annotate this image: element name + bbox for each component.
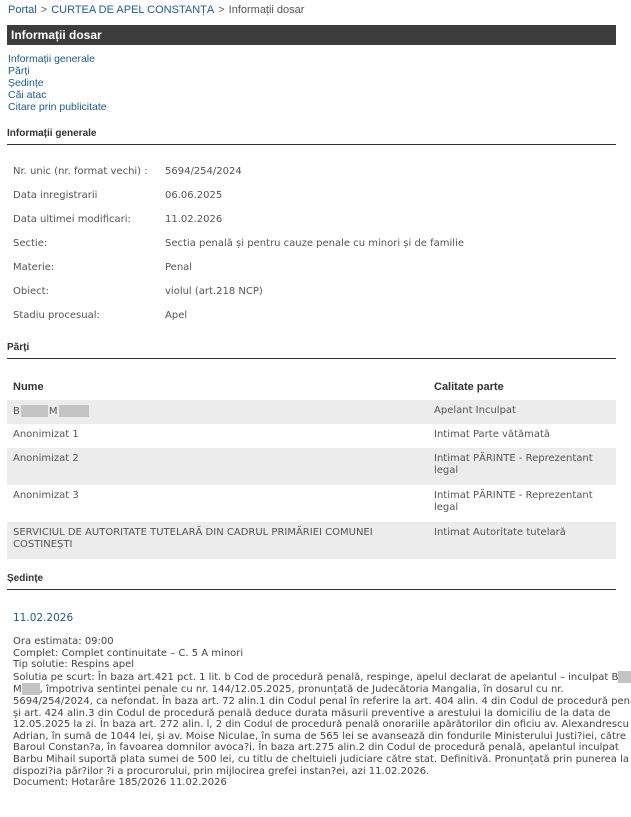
breadcrumb-current: Informații dosar bbox=[229, 4, 305, 16]
hearing-document: Document: Hotarâre 185/2026 11.02.2026 bbox=[13, 777, 613, 789]
info-row: Obiect:violul (art.218 NCP) bbox=[13, 286, 263, 297]
info-row: Materie:Penal bbox=[13, 262, 192, 273]
breadcrumb-separator: > bbox=[218, 4, 224, 16]
party-role: Apelant Inculpat bbox=[434, 405, 614, 417]
hearing-solution-summary: Solutia pe scurt: În baza art.421 pct. 1… bbox=[13, 671, 613, 777]
nav-link-parti[interactable]: Părți bbox=[8, 65, 107, 77]
info-row: Sectie:Sectia penală și pentru cauze pen… bbox=[13, 238, 464, 249]
solution-line: dispozi?ia păr?ilor ?i a procurorului, p… bbox=[13, 766, 613, 778]
solution-line: și art. 424 alin.3 din Codul de procedur… bbox=[13, 708, 613, 720]
hearing-time: Ora estimata: 09:00 bbox=[13, 636, 613, 648]
section-heading-parti: Părți bbox=[7, 342, 616, 359]
solution-line: M, împotriva sentinței penale cu nr. 144… bbox=[13, 683, 613, 696]
info-row: Data ultimei modificari:11.02.2026 bbox=[13, 214, 222, 225]
info-value: 06.06.2025 bbox=[165, 190, 222, 201]
info-value: violul (art.218 NCP) bbox=[165, 286, 263, 297]
nav-link-cai-atac[interactable]: Căi atac bbox=[8, 89, 107, 101]
party-name: BM bbox=[13, 405, 413, 418]
party-role: Intimat Autoritate tutelară bbox=[434, 527, 614, 539]
solution-line: 12.05.2025 la zi. În baza art. 272 alin.… bbox=[13, 719, 613, 731]
breadcrumb: Portal>CURTEA DE APEL CONSTANȚA>Informaț… bbox=[8, 4, 304, 16]
party-name: Anonimizat 2 bbox=[13, 453, 413, 465]
info-row: Nr. unic (nr. format vechi) :5694/254/20… bbox=[13, 166, 242, 177]
column-header-nume: Nume bbox=[13, 381, 44, 393]
table-row: BMApelant Inculpat bbox=[7, 400, 616, 424]
info-label: Nr. unic (nr. format vechi) : bbox=[13, 166, 165, 177]
info-value: Sectia penală și pentru cauze penale cu … bbox=[165, 238, 464, 249]
info-label: Sectie: bbox=[13, 238, 165, 249]
table-row: SERVICIUL DE AUTORITATE TUTELARĂ DIN CAD… bbox=[7, 522, 616, 559]
nav-link-informatii-generale[interactable]: Informații generale bbox=[8, 53, 107, 65]
breadcrumb-separator: > bbox=[41, 4, 47, 16]
info-value: Apel bbox=[165, 310, 187, 321]
solution-line: 5694/254/2024, ca nefondat. În baza art.… bbox=[13, 696, 613, 708]
party-role: Intimat Parte vătămată bbox=[434, 429, 614, 441]
solution-line: Barbu Mihail suportă plata sumei de 500 … bbox=[13, 754, 613, 766]
table-row: Anonimizat 3Intimat PĂRINTE - Reprezenta… bbox=[7, 485, 616, 522]
info-label: Obiect: bbox=[13, 286, 165, 297]
info-value: 5694/254/2024 bbox=[165, 166, 242, 177]
breadcrumb-portal[interactable]: Portal bbox=[8, 4, 37, 16]
info-value: Penal bbox=[165, 262, 192, 273]
party-role: Intimat PĂRINTE - Reprezentant legal bbox=[434, 490, 614, 514]
nav-link-citare[interactable]: Citare prin publicitate bbox=[8, 101, 107, 113]
solution-line: Solutia pe scurt: În baza art.421 pct. 1… bbox=[13, 671, 613, 684]
redacted-block bbox=[21, 405, 48, 417]
party-role: Intimat PĂRINTE - Reprezentant legal bbox=[434, 453, 614, 477]
info-value: 11.02.2026 bbox=[165, 214, 222, 225]
hearing-solution-type: Tip solutie: Respins apel bbox=[13, 659, 613, 671]
page-title: Informații dosar bbox=[7, 25, 616, 45]
table-row: Anonimizat 2Intimat PĂRINTE - Reprezenta… bbox=[7, 448, 616, 485]
party-name: SERVICIUL DE AUTORITATE TUTELARĂ DIN CAD… bbox=[13, 527, 413, 551]
section-nav: Informații generale Părți Ședințe Căi at… bbox=[8, 53, 107, 113]
party-name: Anonimizat 3 bbox=[13, 490, 413, 502]
nav-link-sedinte[interactable]: Ședințe bbox=[8, 77, 107, 89]
solution-line: Baroul Constan?a, în favoarea domnilor a… bbox=[13, 742, 613, 754]
hearing-date: 11.02.2026 bbox=[13, 612, 73, 624]
info-label: Data ultimei modificari: bbox=[13, 214, 165, 225]
section-heading-sedinte: Ședințe bbox=[7, 573, 616, 590]
redacted-block bbox=[22, 683, 40, 695]
info-label: Stadiu procesual: bbox=[13, 310, 165, 321]
info-label: Materie: bbox=[13, 262, 165, 273]
info-label: Data inregistrarii bbox=[13, 190, 165, 201]
table-row: Anonimizat 1Intimat Parte vătămată bbox=[7, 424, 616, 448]
party-name: Anonimizat 1 bbox=[13, 429, 413, 441]
info-row: Data inregistrarii06.06.2025 bbox=[13, 190, 222, 201]
section-heading-general: Informații generale bbox=[7, 128, 616, 145]
breadcrumb-court[interactable]: CURTEA DE APEL CONSTANȚA bbox=[51, 4, 214, 16]
hearing-details: Ora estimata: 09:00 Complet: Complet con… bbox=[13, 636, 613, 789]
info-row: Stadiu procesual:Apel bbox=[13, 310, 187, 321]
column-header-calitate: Calitate parte bbox=[434, 381, 504, 393]
solution-line: Adrian, în sumă de 1044 lei, și av. Mois… bbox=[13, 731, 613, 743]
hearing-panel: Complet: Complet continuitate – C. 5 A m… bbox=[13, 648, 613, 660]
redacted-block bbox=[59, 405, 89, 417]
redacted-block bbox=[618, 671, 631, 683]
